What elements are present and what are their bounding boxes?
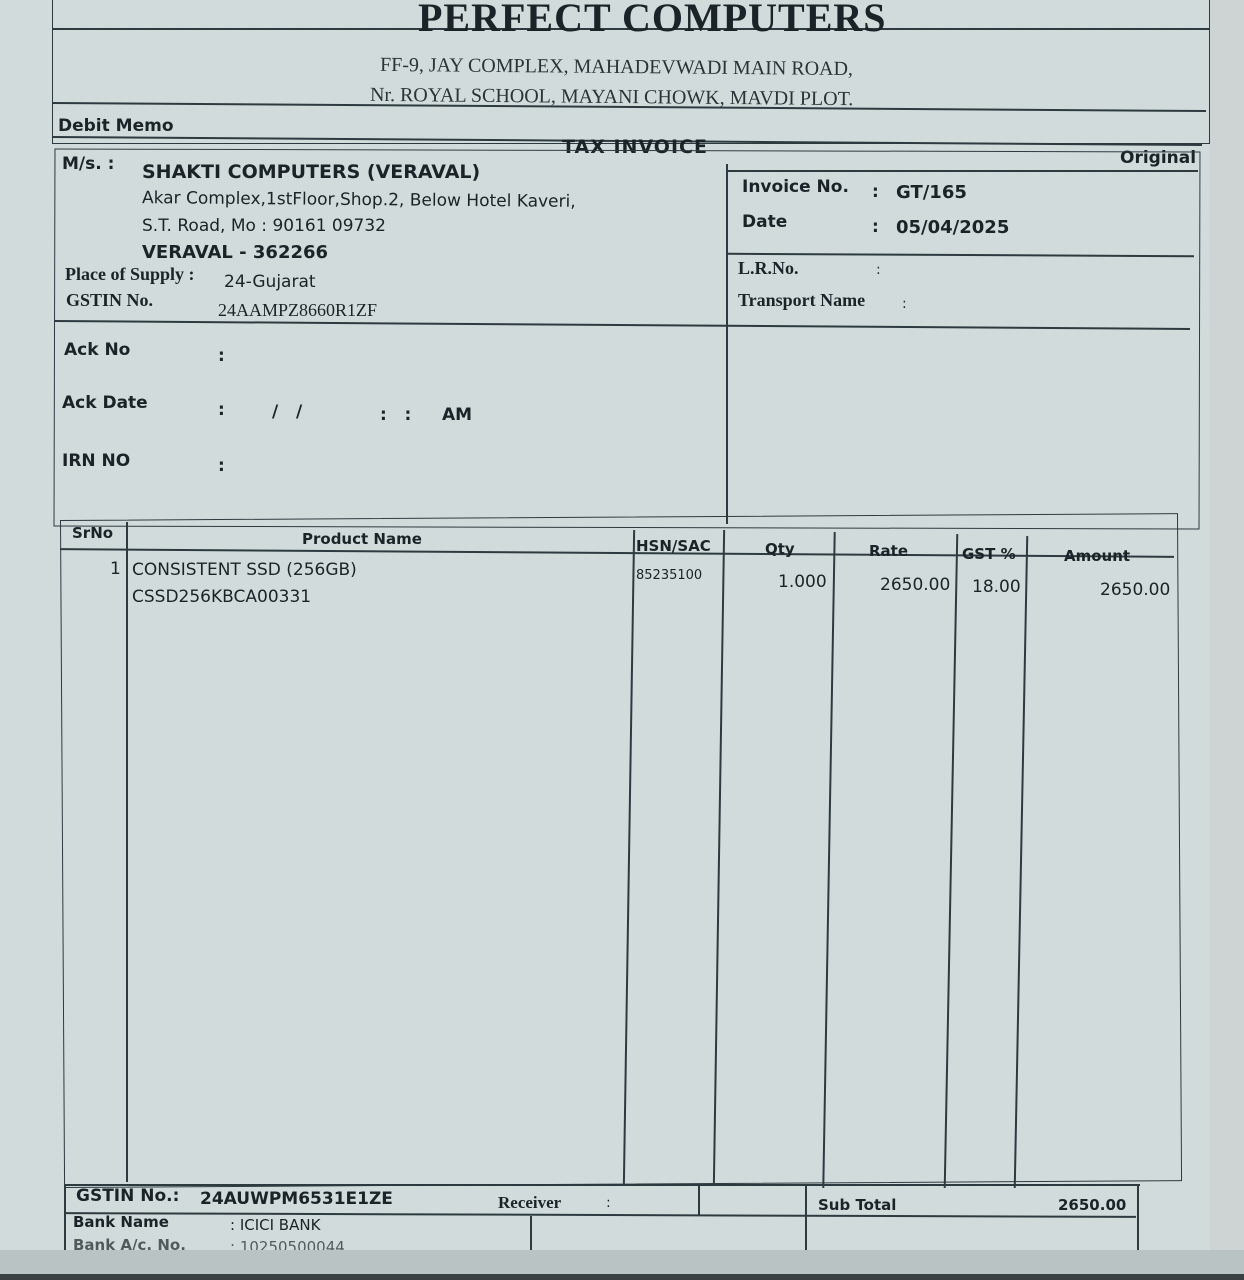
- customer-gstin: 24AAMPZ8660R1ZF: [218, 300, 377, 321]
- colon: :: [872, 182, 879, 202]
- colon: :: [218, 456, 225, 476]
- company-address-line1: FF-9, JAY COMPLEX, MAHADEVWADI MAIN ROAD…: [380, 54, 853, 81]
- subtotal-value: 2650.00: [1058, 1196, 1126, 1214]
- colon: :: [218, 346, 225, 366]
- colon: :: [218, 400, 225, 420]
- col-divider: [126, 522, 128, 1182]
- divider: [728, 170, 1198, 172]
- col-header-product: Product Name: [302, 530, 422, 548]
- screen-bezel: [0, 1250, 1244, 1274]
- invoice-number: GT/165: [896, 182, 967, 203]
- col-header-amount: Amount: [1064, 547, 1130, 565]
- divider: [726, 164, 728, 524]
- items-table: [60, 513, 1182, 1188]
- divider: [698, 1186, 700, 1216]
- irn-label: IRN NO: [62, 451, 130, 471]
- col-header-rate: Rate: [869, 542, 908, 560]
- ack-time-value: : :: [380, 405, 411, 425]
- subtotal-label: Sub Total: [818, 1196, 896, 1214]
- divider: [64, 1212, 1136, 1217]
- place-of-supply: 24-Gujarat: [224, 272, 316, 292]
- row-qty: 1.000: [778, 572, 827, 592]
- divider: [530, 1216, 532, 1250]
- row-product: CONSISTENT SSD (256GB): [132, 560, 357, 580]
- row-srno: 1: [110, 559, 121, 579]
- company-name: PERFECT COMPUTERS: [418, 0, 887, 41]
- divider: [64, 1184, 66, 1250]
- transport-name-label: Transport Name: [738, 290, 865, 311]
- company-address-line2: Nr. ROYAL SCHOOL, MAYANI CHOWK, MAVDI PL…: [370, 84, 854, 111]
- divider: [805, 1186, 807, 1250]
- footer-gstin-label: GSTIN No.:: [76, 1186, 179, 1206]
- col-header-hsn: HSN/SAC: [636, 537, 711, 555]
- invoice-sheet: PERFECT COMPUTERS FF-9, JAY COMPLEX, MAH…: [0, 0, 1244, 1280]
- lr-number-label: L.R.No.: [738, 258, 799, 279]
- customer-label: M/s. :: [62, 154, 114, 174]
- row-hsn: 85235100: [636, 568, 702, 583]
- memo-type: Debit Memo: [58, 116, 174, 136]
- place-of-supply-label: Place of Supply :: [65, 264, 195, 285]
- col-header-gst: GST %: [962, 545, 1016, 563]
- receiver-colon: :: [606, 1195, 611, 1211]
- customer-gstin-label: GSTIN No.: [66, 290, 153, 311]
- customer-name: SHAKTI COMPUTERS (VERAVAL): [142, 161, 480, 183]
- divider: [64, 1184, 1140, 1186]
- bank-name: : ICICI BANK: [230, 1216, 320, 1234]
- colon: :: [872, 217, 879, 237]
- invoice-number-label: Invoice No.: [742, 177, 849, 197]
- invoice-date: 05/04/2025: [896, 217, 1009, 238]
- screen-margin: [1210, 0, 1244, 1250]
- col-header-qty: Qty: [765, 540, 795, 558]
- ack-date-label: Ack Date: [62, 393, 148, 413]
- receiver-label: Receiver: [498, 1193, 561, 1213]
- row-amount: 2650.00: [1100, 580, 1170, 600]
- screen-edge: [0, 1274, 1244, 1280]
- customer-address-line1: Akar Complex,1stFloor,Shop.2, Below Hote…: [142, 188, 576, 212]
- colon: :: [902, 296, 907, 312]
- row-serial: CSSD256KBCA00331: [132, 587, 311, 607]
- bank-name-label: Bank Name: [73, 1213, 169, 1231]
- ack-ampm: AM: [442, 405, 472, 425]
- row-rate: 2650.00: [880, 575, 950, 595]
- ack-no-label: Ack No: [64, 340, 130, 360]
- col-header-srno: SrNo: [72, 524, 113, 542]
- footer-gstin: 24AUWPM6531E1ZE: [200, 1189, 393, 1209]
- customer-city: VERAVAL - 362266: [142, 242, 328, 263]
- customer-address-line2: S.T. Road, Mo : 90161 09732: [142, 216, 386, 236]
- colon: :: [876, 262, 881, 278]
- row-gst: 18.00: [972, 577, 1021, 597]
- invoice-date-label: Date: [742, 212, 787, 232]
- ack-date-value: / /: [272, 402, 302, 422]
- divider: [1137, 1186, 1139, 1250]
